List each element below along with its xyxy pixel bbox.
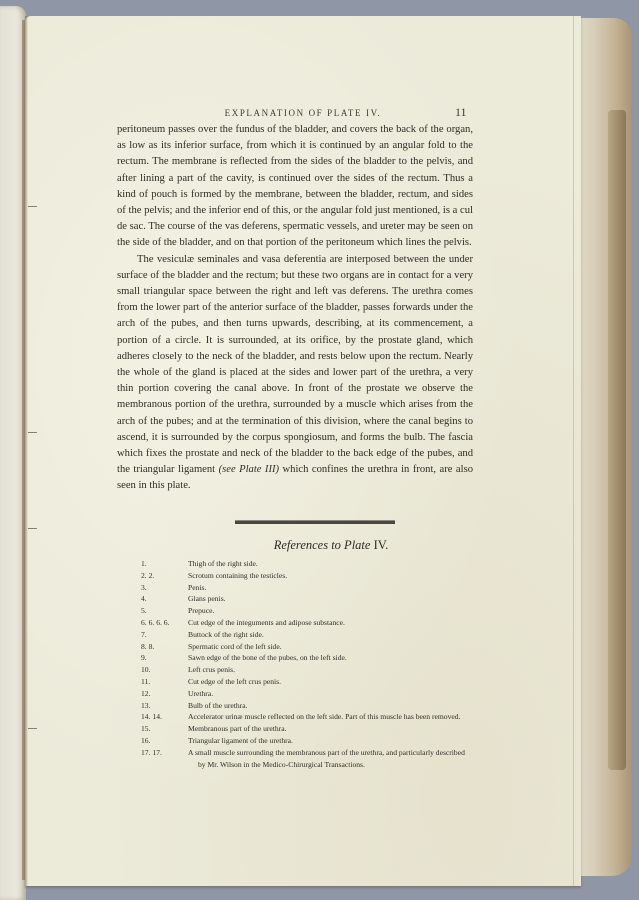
references-list: 1.Thigh of the right side. 2. 2.Scrotum … — [141, 558, 501, 770]
reference-description: Thigh of the right side. — [188, 558, 501, 570]
reference-item: 4.Glans penis. — [141, 593, 501, 605]
reference-item: 11.Cut edge of the left crus penis. — [141, 676, 501, 688]
reference-number: 15. — [141, 723, 188, 735]
reference-number: 9. — [141, 652, 188, 664]
section-divider — [235, 520, 395, 524]
reference-description: Glans penis. — [188, 593, 501, 605]
reference-number: 8. 8. — [141, 641, 188, 653]
references-title-numeral: IV. — [374, 538, 389, 552]
reference-number: 2. 2. — [141, 570, 188, 582]
reference-item: 16.Triangular ligament of the urethra. — [141, 735, 501, 747]
reference-description: Scrotum containing the testicles. — [188, 570, 501, 582]
reference-item: 9.Sawn edge of the bone of the pubes, on… — [141, 652, 501, 664]
reference-description: Prepuce. — [188, 605, 501, 617]
reference-number: 6. 6. 6. 6. — [141, 617, 188, 629]
paragraph-1: peritoneum passes over the fundus of the… — [117, 122, 473, 252]
reference-description: Buttock of the right side. — [188, 629, 501, 641]
reference-item: 1.Thigh of the right side. — [141, 558, 501, 570]
reference-number: 1. — [141, 558, 188, 570]
reference-item: 12.Urethra. — [141, 688, 501, 700]
reference-number: 10. — [141, 664, 188, 676]
page-number: 11 — [455, 105, 467, 120]
reference-item: 15.Membranous part of the urethra. — [141, 723, 501, 735]
page-plate-mark — [573, 16, 574, 886]
page-fold-shadow — [25, 16, 28, 886]
margin-thread-mark — [28, 528, 37, 529]
worn-page-edge — [608, 110, 626, 770]
references-title: References to Plate IV. — [25, 538, 637, 553]
reference-item: 6. 6. 6. 6.Cut edge of the integuments a… — [141, 617, 501, 629]
reference-item: 10.Left crus penis. — [141, 664, 501, 676]
reference-number: 16. — [141, 735, 188, 747]
reference-item: 7.Buttock of the right side. — [141, 629, 501, 641]
reference-description: Membranous part of the urethra. — [188, 723, 501, 735]
reference-number: 12. — [141, 688, 188, 700]
reference-description: Left crus penis. — [188, 664, 501, 676]
reference-description: Sawn edge of the bone of the pubes, on t… — [188, 652, 501, 664]
reference-item: 17. 17.A small muscle surrounding the me… — [141, 747, 501, 759]
reference-number: 13. — [141, 700, 188, 712]
margin-thread-mark — [28, 432, 37, 433]
reference-item: 8. 8.Spermatic cord of the left side. — [141, 641, 501, 653]
paragraph-2: The vesiculæ seminales and vasa deferent… — [117, 252, 473, 495]
reference-number: 5. — [141, 605, 188, 617]
references-title-text: References to Plate — [274, 538, 371, 552]
reference-description: Penis. — [188, 582, 501, 594]
reference-item: 2. 2.Scrotum containing the testicles. — [141, 570, 501, 582]
reference-number: 7. — [141, 629, 188, 641]
reference-number: 11. — [141, 676, 188, 688]
running-head: EXPLANATION OF PLATE IV. — [25, 108, 581, 118]
reference-description: Accelerator urinæ muscle reflected on th… — [188, 711, 501, 723]
paragraph-2-text: The vesiculæ seminales and vasa deferent… — [117, 254, 473, 476]
reference-description: Cut edge of the integuments and adipose … — [188, 617, 501, 629]
plate-cross-reference: (see Plate III) — [219, 464, 279, 475]
margin-thread-mark — [28, 206, 37, 207]
margin-thread-mark — [28, 728, 37, 729]
reference-number: 3. — [141, 582, 188, 594]
reference-description: Bulb of the urethra. — [188, 700, 501, 712]
reference-description: A small muscle surrounding the membranou… — [188, 747, 501, 759]
reference-description: Urethra. — [188, 688, 501, 700]
reference-number: 14. 14. — [141, 711, 188, 723]
book-page: EXPLANATION OF PLATE IV. 11 peritoneum p… — [25, 16, 581, 886]
reference-description: Triangular ligament of the urethra. — [188, 735, 501, 747]
reference-item: 13.Bulb of the urethra. — [141, 700, 501, 712]
reference-continuation: by Mr. Wilson in the Medico-Chirurgical … — [141, 759, 501, 771]
body-text: peritoneum passes over the fundus of the… — [117, 122, 473, 495]
reference-item: 5.Prepuce. — [141, 605, 501, 617]
reference-item: 14. 14.Accelerator urinæ muscle reflecte… — [141, 711, 501, 723]
reference-description: Spermatic cord of the left side. — [188, 641, 501, 653]
reference-number: 4. — [141, 593, 188, 605]
reference-description: Cut edge of the left crus penis. — [188, 676, 501, 688]
reference-number: 17. 17. — [141, 747, 188, 759]
reference-item: 3.Penis. — [141, 582, 501, 594]
